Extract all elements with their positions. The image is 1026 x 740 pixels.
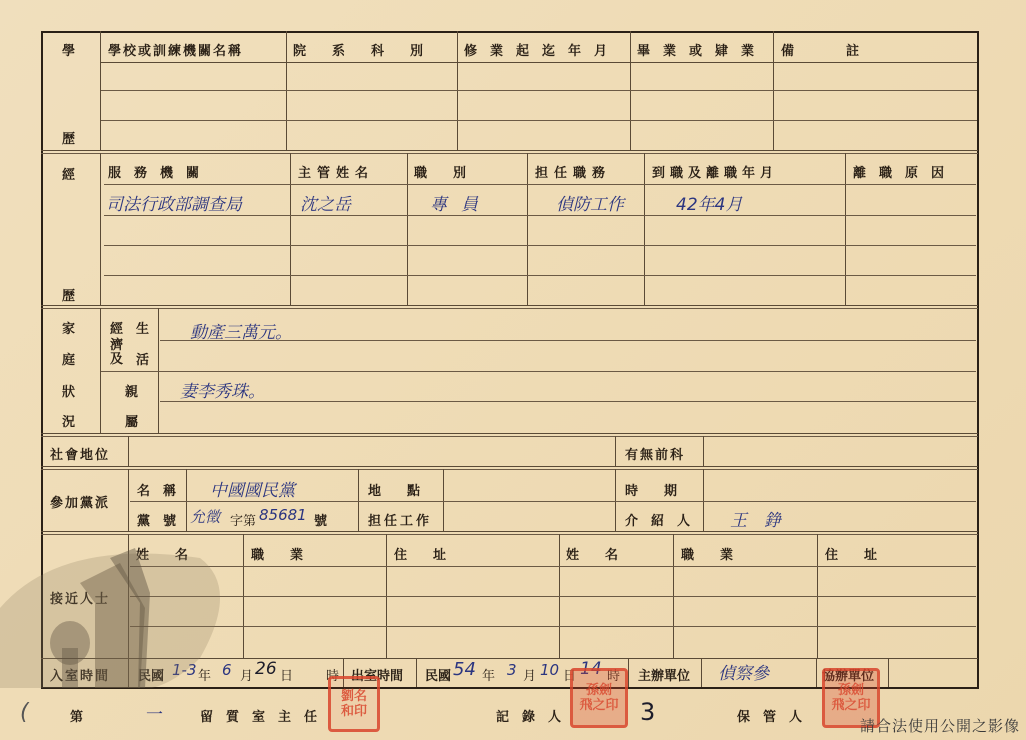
frame-right [977, 31, 979, 688]
career-title-value: 專員 [430, 190, 492, 215]
col-line [773, 31, 774, 151]
economy-value: 動產三萬元。 [190, 318, 292, 343]
main-unit-label: 主辦單位 [638, 665, 690, 684]
col-line [457, 31, 458, 151]
party-number-prefix: 允徵 [190, 506, 220, 527]
career-header-reason: 離 職 原 因 [853, 162, 944, 181]
contacts-header-address-2: 住 址 [825, 544, 970, 563]
career-divider [100, 153, 101, 305]
party-name-label: 名 稱 [137, 480, 176, 499]
recorder-label: 記 錄 人 [496, 706, 561, 725]
section-line [41, 531, 978, 532]
col-line [888, 658, 889, 687]
education-divider [100, 31, 101, 151]
col-line [816, 658, 817, 687]
col-line [358, 469, 359, 531]
family-label-2: 庭 [62, 349, 75, 368]
exit-year: 54 [453, 659, 476, 680]
exit-year-unit: 年 [482, 665, 495, 684]
party-period-label: 時 期 [625, 480, 695, 499]
row-line [101, 90, 977, 91]
custodian-label: 保 管 人 [737, 706, 802, 725]
contacts-header-job-2: 職 業 [681, 544, 809, 563]
education-label-bottom: 歷 [62, 128, 75, 147]
col-line [286, 31, 287, 151]
edu-header-study-period: 修 業 起 迄 年 月 [464, 40, 607, 59]
career-header-dates: 到職及離職年月 [652, 162, 778, 181]
career-header-duty: 担任職務 [535, 162, 611, 181]
row-line [104, 245, 976, 246]
party-name-value: 中國國民黨 [210, 476, 295, 501]
edu-header-remarks: 備 註 [781, 40, 969, 59]
edu-header-department: 院 系 科 別 [293, 40, 451, 59]
row-line [160, 401, 976, 402]
party-introducer-value: 王 錚 [730, 506, 781, 531]
row-line [104, 184, 976, 185]
document-page: 學 歷 學校或訓練機關名稱 院 系 科 別 修 業 起 迄 年 月 畢 業 或 … [0, 0, 1026, 740]
col-line [845, 153, 846, 305]
family-label-1: 家 [62, 318, 75, 337]
social-status-label: 社會地位 [50, 444, 110, 463]
watermark-text: 請合法使用公開之影像 [860, 715, 1020, 736]
relatives-value: 妻李秀珠。 [180, 377, 265, 402]
col-line [628, 658, 629, 687]
career-header-title: 職 別 [414, 162, 466, 181]
archive-logo-icon [0, 548, 250, 688]
row-line [130, 566, 976, 567]
section-line [41, 153, 978, 154]
section-line [41, 436, 978, 437]
career-dates-value: 42年4月 [676, 190, 742, 215]
col-line [703, 436, 704, 466]
col-line [630, 31, 631, 151]
economy-label-4: 活 [136, 349, 149, 368]
party-number-label: 黨 號 [137, 510, 176, 529]
seal-stamp-2: 孫劍 飛之印 [570, 668, 628, 728]
col-line [416, 658, 417, 687]
col-line [644, 153, 645, 305]
party-number-middle: 字第 [230, 510, 256, 529]
relatives-label-2: 屬 [125, 411, 138, 430]
recorder-value: 3 [640, 698, 655, 726]
section-line [41, 534, 978, 535]
row-line [104, 215, 976, 216]
relatives-label-1: 親 [125, 381, 138, 400]
entry-day-unit: 日 [280, 665, 293, 684]
row-line [130, 626, 976, 627]
section-line [41, 469, 978, 470]
career-header-supervisor: 主管姓名 [298, 162, 374, 181]
party-duty-label: 担任工作 [368, 510, 432, 529]
party-number-suffix: 號 [314, 510, 327, 529]
row-line [101, 120, 977, 121]
contacts-header-name-2: 姓 名 [566, 544, 666, 563]
contacts-header-job-1: 職 業 [251, 544, 379, 563]
exit-month: 3 [507, 661, 517, 679]
entry-day: 26 [255, 659, 277, 679]
career-label-top: 經 [62, 164, 75, 183]
col-line [615, 469, 616, 531]
party-number-value: 85681 [259, 506, 307, 524]
section-line [41, 433, 978, 434]
exit-month-unit: 月 [523, 665, 536, 684]
section-line [41, 150, 978, 151]
education-label-top: 學 [62, 40, 75, 59]
footer-no-label: 第 [70, 706, 83, 725]
career-agency-value: 司法行政部調查局 [106, 190, 242, 215]
career-header-agency: 服 務 機 關 [108, 162, 284, 181]
col-line [186, 469, 187, 531]
row-line [101, 371, 976, 372]
col-line [290, 153, 291, 305]
col-line [701, 658, 702, 687]
room-supervisor-label: 留 質 室 主 任 [200, 706, 317, 725]
frame-top [41, 31, 978, 33]
family-label-3: 狀 [62, 381, 75, 400]
col-line [615, 436, 616, 466]
economy-label-2: 生 [136, 318, 149, 337]
main-unit-value: 偵察參 [718, 659, 769, 684]
row-line [130, 501, 976, 502]
row-line [130, 596, 976, 597]
party-introducer-label: 介 紹 人 [625, 510, 690, 529]
edu-header-graduated: 畢 業 或 肄 業 [637, 40, 754, 59]
career-duty-value: 偵防工作 [556, 190, 624, 215]
exit-day: 10 [540, 661, 559, 679]
section-line [41, 466, 978, 467]
career-supervisor-value: 沈之岳 [300, 190, 351, 215]
edu-header-school: 學校或訓練機關名稱 [108, 40, 243, 59]
row-line [101, 62, 977, 63]
col-line [527, 153, 528, 305]
party-location-label: 地 點 [368, 480, 436, 499]
seal-stamp-1: 劉名 和印 [328, 676, 380, 732]
economy-label-5: 及 [110, 348, 123, 367]
col-line [703, 469, 704, 531]
margin-mark: ( [20, 700, 29, 725]
career-label-bottom: 歷 [62, 285, 75, 304]
exit-prefix: 民國 [425, 665, 451, 684]
col-line [128, 436, 129, 466]
col-line [128, 469, 129, 531]
contacts-header-address-1: 住 址 [394, 544, 552, 563]
footer-no-value: 一 [146, 700, 163, 725]
row-line [104, 275, 976, 276]
family-label-4: 況 [62, 411, 75, 430]
party-label: 參加黨派 [50, 492, 110, 511]
criminal-record-label: 有無前科 [625, 444, 685, 463]
section-line [41, 305, 978, 306]
section-line [41, 308, 978, 309]
col-line [443, 469, 444, 531]
col-line [407, 153, 408, 305]
